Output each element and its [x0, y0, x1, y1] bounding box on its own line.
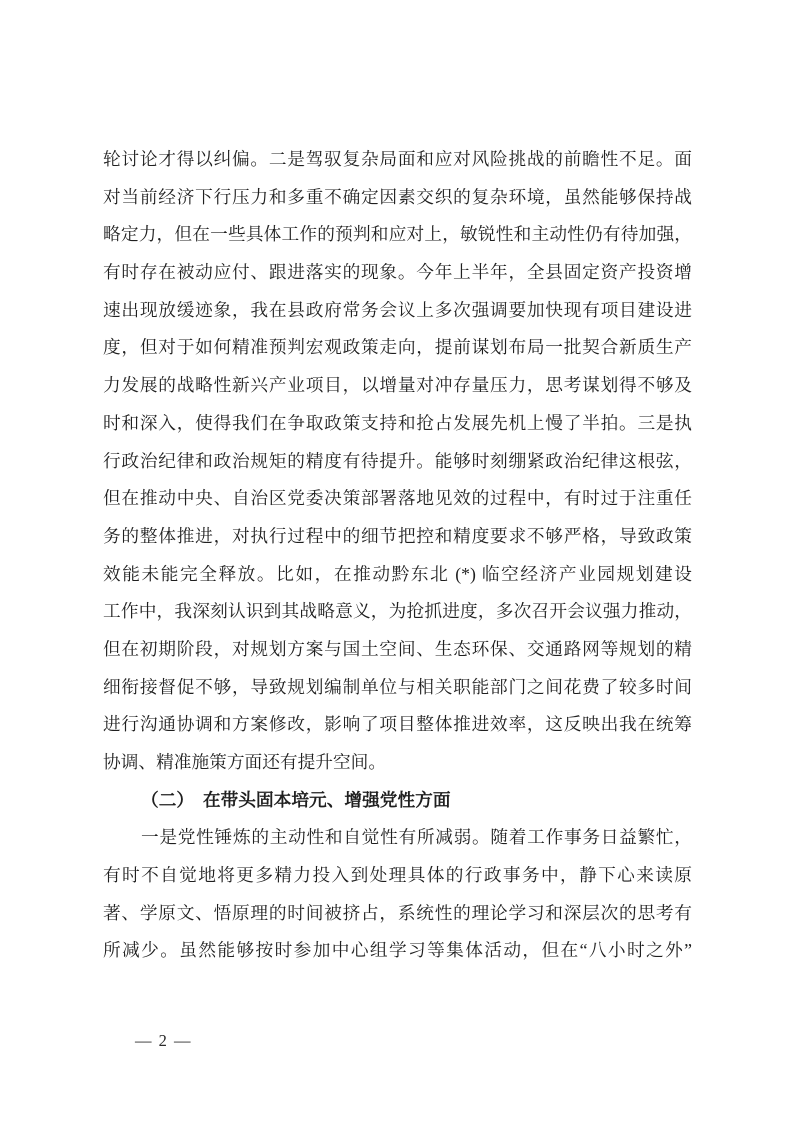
text-line: 对当前经济下行压力和多重不确定因素交织的复杂环境，虽然能够保持战: [103, 179, 692, 217]
page-number: — 2 —: [135, 1031, 192, 1051]
text-line: 效能未能完全释放。比如，在推动黔东北 (*) 临空经济产业园规划建设: [103, 556, 692, 594]
text-line: 度，但对于如何精准预判宏观政策走向，提前谋划布局一批契合新质生产: [103, 329, 692, 367]
text-line: 但在推动中央、自治区党委决策部署落地见效的过程中，有时过于注重任: [103, 480, 692, 518]
text-line: 进行沟通协调和方案修改，影响了项目整体推进效率，这反映出我在统筹: [103, 706, 692, 744]
text-line: 轮讨论才得以纠偏。二是驾驭复杂局面和应对风险挑战的前瞻性不足。面: [103, 141, 692, 179]
document-lines: 轮讨论才得以纠偏。二是驾驭复杂局面和应对风险挑战的前瞻性不足。面对当前经济下行压…: [103, 141, 692, 970]
text-line: 有时不自觉地将更多精力投入到处理具体的行政事务中，静下心来读原: [103, 857, 692, 895]
text-line: 所减少。虽然能够按时参加中心组学习等集体活动，但在“八小时之外”: [103, 932, 692, 970]
text-line: 务的整体推进，对执行过程中的细节把控和精度要求不够严格，导致政策: [103, 518, 692, 556]
text-line: 力发展的战略性新兴产业项目，以增量对冲存量压力，思考谋划得不够及: [103, 367, 692, 405]
text-line: 著、学原文、悟原理的时间被挤占，系统性的理论学习和深层次的思考有: [103, 895, 692, 933]
text-line: 有时存在被动应付、跟进落实的现象。今年上半年，全县固定资产投资增: [103, 254, 692, 292]
text-line: 细衔接督促不够，导致规划编制单位与相关职能部门之间花费了较多时间: [103, 669, 692, 707]
text-line: 速出现放缓迹象，我在县政府常务会议上多次强调要加快现有项目建设进: [103, 292, 692, 330]
text-line: 时和深入，使得我们在争取政策支持和抢占发展先机上慢了半拍。三是执: [103, 405, 692, 443]
text-line: 工作中，我深刻认识到其战略意义，为抢抓进度，多次召开会议强力推动，: [103, 593, 692, 631]
document-page: 轮讨论才得以纠偏。二是驾驭复杂局面和应对风险挑战的前瞻性不足。面对当前经济下行压…: [0, 0, 793, 1122]
text-line: 一是党性锤炼的主动性和自觉性有所减弱。随着工作事务日益繁忙，: [103, 819, 692, 857]
text-line: 但在初期阶段，对规划方案与国土空间、生态环保、交通路网等规划的精: [103, 631, 692, 669]
section-heading: （二） 在带头固本培元、增强党性方面: [103, 782, 692, 820]
text-line: 协调、精准施策方面还有提升空间。: [103, 744, 692, 782]
text-line: 行政治纪律和政治规矩的精度有待提升。能够时刻绷紧政治纪律这根弦，: [103, 443, 692, 481]
text-line: 略定力，但在一些具体工作的预判和应对上，敏锐性和主动性仍有待加强，: [103, 216, 692, 254]
